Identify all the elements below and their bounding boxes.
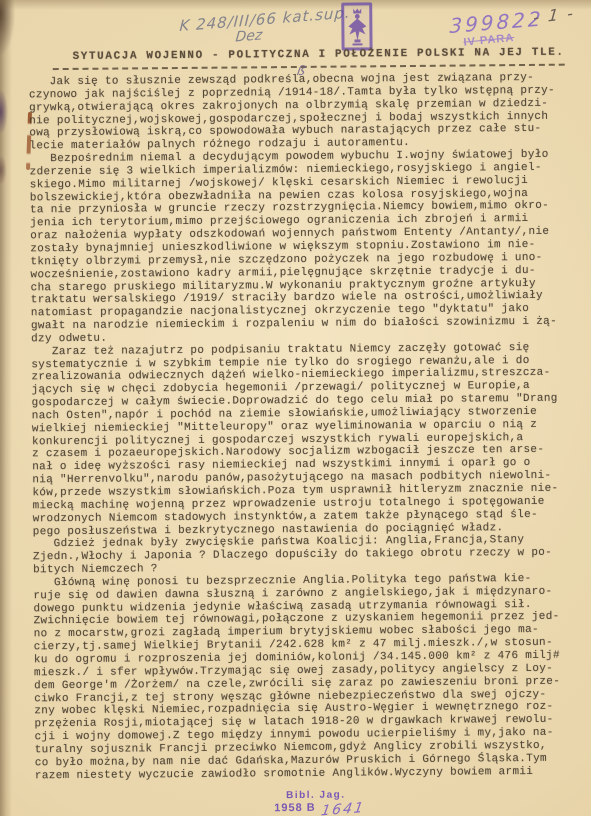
paragraph: Jak się to słusznie zewsząd podkreśla,ob… (29, 72, 575, 154)
library-stamp-handwritten-number: 1641 (320, 800, 366, 816)
page-content: K 248/III/66 kat.sup. Dez 399822 IV PARA… (0, 0, 591, 816)
page-number: - 1 - (532, 3, 575, 27)
paragraph: Gdzież jednak były zwycięskie państwa Ko… (33, 534, 578, 577)
library-stamp-name: Bibl. Jag. (286, 789, 365, 801)
library-stamp-year: 1958 B (274, 802, 316, 814)
eagle-crest-icon (346, 6, 368, 46)
document-body: Jak się to słusznie zewsząd podkreśla,ob… (29, 72, 580, 783)
page-title: SYTUACJA WOJENNO - POLITYCZNA I POŁOŻENI… (73, 47, 565, 63)
archival-reference: K 248/III/66 kat.sup. (179, 3, 351, 35)
archival-reference-line2: Dez (235, 27, 263, 45)
paragraph: Zaraz też nazajutrz po podpisaniu trakta… (31, 341, 578, 538)
document-page: K 248/III/66 kat.sup. Dez 399822 IV PARA… (0, 0, 591, 816)
library-stamp: Bibl. Jag. 1958 B 1641 (286, 789, 365, 816)
title-row: SYTUACJA WOJENNO - POLITYCZNA I POŁOŻENI… (53, 42, 565, 70)
paragraph: Bezpośrednim niemal a decydującym powode… (29, 149, 576, 346)
paragraph: Główną winę ponosi tu bezsprzecznie Angl… (33, 572, 580, 782)
